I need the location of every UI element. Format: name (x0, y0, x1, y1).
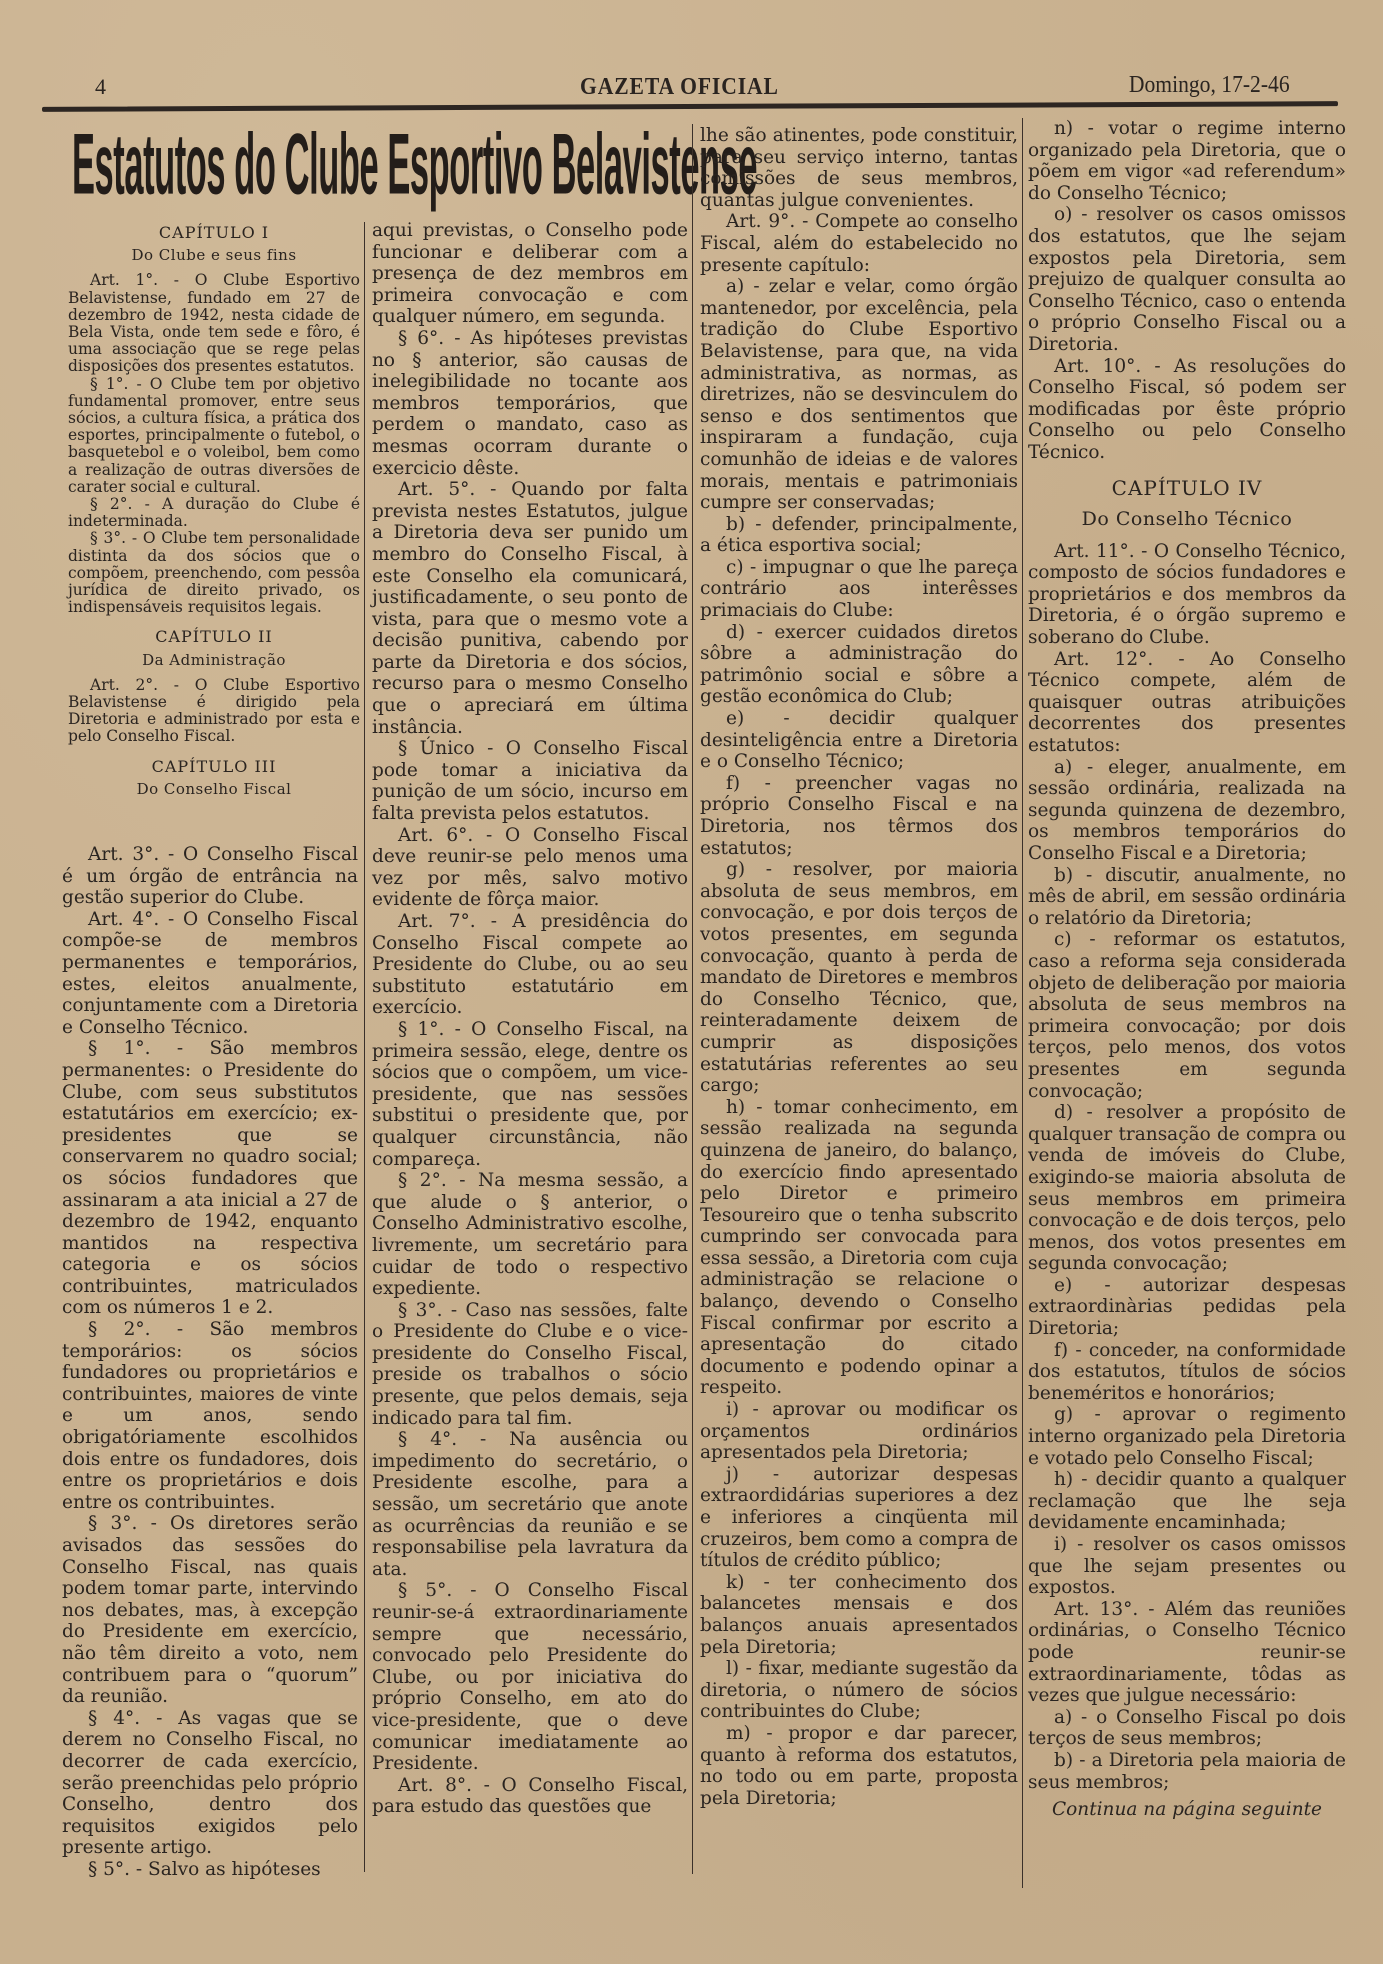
article-paragraph: a) - o Conselho Fiscal po dois terços de… (1028, 1707, 1346, 1750)
chapter-subtitle: Do Conselho Fiscal (68, 781, 360, 798)
article-paragraph: d) - resolver a propósito de qualquer tr… (1028, 1102, 1346, 1275)
article-paragraph: g) - aprovar o regimento interno organiz… (1028, 1404, 1346, 1469)
article-paragraph: § 2°. - A duração do Clube é indetermina… (68, 496, 360, 530)
article-paragraph: § 3°. - Caso nas sessões, falte o Presid… (372, 1300, 688, 1430)
chapter-subtitle: Do Conselho Técnico (1028, 509, 1346, 531)
article-paragraph: l) - fixar, mediante sugestão da diretor… (700, 1658, 1018, 1723)
article-paragraph: h) - decidir quanto a qualquer reclamaçã… (1028, 1469, 1346, 1534)
chapter-heading: CAPÍTULO I (68, 224, 360, 241)
article-paragraph: c) - impugnar o que lhe pareça contrário… (700, 557, 1018, 622)
article-paragraph: k) - ter conhecimento dos balancetes men… (700, 1572, 1018, 1658)
article-paragraph: § 4°. - As vagas que se derem no Conselh… (62, 1708, 358, 1859)
article-paragraph: i) - resolver os casos omissos que lhe s… (1028, 1534, 1346, 1599)
article-paragraph: § 1°. - O Conselho Fiscal, na primeira s… (372, 1019, 688, 1170)
article-paragraph: Art. 3°. - O Conselho Fiscal é um órgão … (62, 844, 358, 909)
article-paragraph: Art. 5°. - Quando por falta prevista nes… (372, 479, 688, 738)
column-divider (1022, 118, 1023, 1888)
article-paragraph: § 5°. - Salvo as hipóteses (62, 1859, 358, 1881)
article-paragraph: e) - autorizar despesas extraordinàrias … (1028, 1275, 1346, 1340)
article-paragraph: § 2°. - São membros temporários: os sóci… (62, 1319, 358, 1513)
article-paragraph: aqui previstas, o Conselho pode funciona… (372, 220, 688, 328)
article-paragraph: § 4°. - Na ausência ou impedimento do se… (372, 1429, 688, 1580)
chapter-heading: CAPÍTULO II (68, 628, 360, 645)
article-paragraph: § 6°. - As hipóteses previstas no § ante… (372, 328, 688, 479)
column-divider (692, 124, 693, 1874)
chapter-heading: CAPÍTULO III (68, 758, 360, 775)
article-paragraph: Art. 7°. - A presidência do Conselho Fis… (372, 911, 688, 1019)
article-paragraph: Art. 13°. - Além das reuniões ordinárias… (1028, 1599, 1346, 1707)
page-number: 4 (95, 74, 106, 100)
column-3: lhe são atinentes, pode constituir, para… (700, 125, 1018, 1809)
article-paragraph: d) - exercer cuidados diretos sôbre a ad… (700, 622, 1018, 708)
article-paragraph: § 1°. - São membros permanentes: o Presi… (62, 1038, 358, 1319)
column-1-bottom: Art. 3°. - O Conselho Fiscal é um órgão … (62, 844, 358, 1881)
column-divider (364, 222, 365, 1872)
chapter-heading: CAPÍTULO IV (1028, 478, 1346, 500)
article-paragraph: Art. 4°. - O Conselho Fiscal compõe-se d… (62, 909, 358, 1039)
article-paragraph: j) - autorizar despesas extraordidárias … (700, 1464, 1018, 1572)
article-paragraph: n) - votar o regime interno organizado p… (1028, 118, 1346, 204)
article-paragraph: a) - zelar e velar, como órgão mantenedo… (700, 276, 1018, 514)
article-paragraph: f) - preencher vagas no próprio Conselho… (700, 773, 1018, 859)
article-paragraph: Art. 6°. - O Conselho Fiscal deve reunir… (372, 825, 688, 911)
column-4: n) - votar o regime interno organizado p… (1028, 118, 1346, 1821)
article-paragraph: § 3°. - Os diretores serão avisados das … (62, 1513, 358, 1707)
article-paragraph: Art. 8°. - O Conselho Fiscal, para estud… (372, 1775, 688, 1818)
article-paragraph: o) - resolver os casos omissos dos estat… (1028, 204, 1346, 355)
article-paragraph: Art. 11°. - O Conselho Técnico, composto… (1028, 541, 1346, 649)
article-paragraph: Art. 2°. - O Clube Esportivo Belavistens… (68, 677, 360, 746)
article-paragraph: § 1°. - O Clube tem por objetivo fundame… (68, 376, 360, 496)
article-headline: Estatutos do Clube Esportivo Belavistens… (72, 122, 332, 217)
chapter-subtitle: Do Clube e seus fins (68, 247, 360, 264)
column-2: aqui previstas, o Conselho pode funciona… (372, 220, 688, 1818)
article-paragraph: Art. 10°. - As resoluções do Conselho Fi… (1028, 356, 1346, 464)
article-paragraph: § Único - O Conselho Fiscal pode tomar a… (372, 738, 688, 824)
article-paragraph: Art. 12°. - Ao Conselho Técnico compete,… (1028, 649, 1346, 757)
article-paragraph: b) - a Diretoria pela maioria de seus me… (1028, 1750, 1346, 1793)
article-paragraph: b) - discutir, anualmente, no mês de abr… (1028, 865, 1346, 930)
article-paragraph: f) - conceder, na conformidade dos estat… (1028, 1340, 1346, 1405)
article-paragraph: i) - aprovar ou modificar os orçamentos … (700, 1399, 1018, 1464)
article-paragraph: m) - propor e dar parecer, quanto à refo… (700, 1723, 1018, 1809)
article-paragraph: a) - eleger, anualmente, em sessão ordin… (1028, 757, 1346, 865)
newspaper-page: 4 GAZETA OFICIAL Domingo, 17-2-46 Estatu… (0, 0, 1383, 1964)
article-paragraph: § 2°. - Na mesma sessão, a que alude o §… (372, 1170, 688, 1300)
article-paragraph: e) - decidir qualquer desinteligência en… (700, 708, 1018, 773)
article-paragraph: § 5°. - O Conselho Fiscal reunir-se-á ex… (372, 1580, 688, 1774)
issue-date: Domingo, 17-2-46 (1129, 72, 1290, 99)
article-paragraph: Art. 9°. - Compete ao conselho Fiscal, a… (700, 211, 1018, 276)
column-1-top: CAPÍTULO I Do Clube e seus fins Art. 1°.… (68, 218, 360, 806)
article-paragraph: § 3°. - O Clube tem personalidade distin… (68, 530, 360, 616)
article-paragraph: Art. 1°. - O Clube Esportivo Belavistens… (68, 272, 360, 375)
chapter-subtitle: Da Administração (68, 652, 360, 669)
continued-notice: Continua na página seguinte (1028, 1799, 1346, 1821)
article-paragraph: h) - tomar conhecimento, em sessão reali… (700, 1097, 1018, 1399)
article-paragraph: b) - defender, principalmente, a ética e… (700, 514, 1018, 557)
article-paragraph: c) - reformar os estatutos, caso a refor… (1028, 929, 1346, 1102)
newspaper-name: GAZETA OFICIAL (580, 74, 779, 101)
article-paragraph: lhe são atinentes, pode constituir, para… (700, 125, 1018, 211)
article-paragraph: g) - resolver, por maioria absoluta de s… (700, 859, 1018, 1097)
